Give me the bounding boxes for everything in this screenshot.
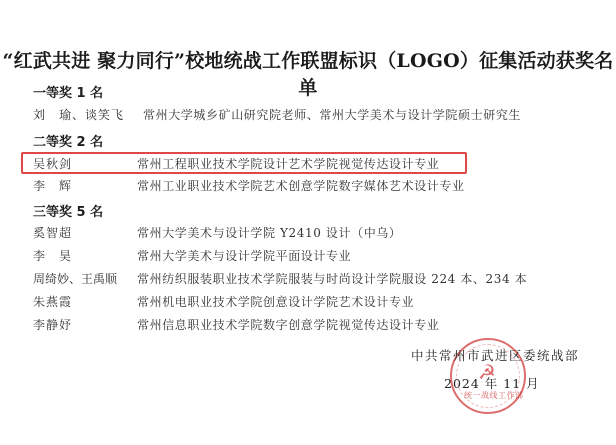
- winner-affiliation: 常州机电职业技术学院创意设计学院艺术设计专业: [137, 293, 414, 310]
- issue-date: 2024 年 11 月: [444, 374, 540, 392]
- winner-row: 吴秋剑常州工程职业技术学院设计艺术学院视觉传达设计专业: [33, 155, 439, 172]
- winner-affiliation: 常州大学美术与设计学院 Y2410 设计（中乌）: [137, 224, 402, 241]
- winner-name: 周绮妙、王禹顺: [33, 270, 137, 287]
- winner-row: 奚智超常州大学美术与设计学院 Y2410 设计（中乌）: [33, 224, 402, 241]
- winner-name: 李 昊: [33, 247, 137, 264]
- winner-row: 李 辉常州工业职业技术学院艺术创意学院数字媒体艺术设计专业: [33, 177, 465, 194]
- winner-name: 吴秋剑: [33, 155, 137, 172]
- winner-row: 朱燕霞常州机电职业技术学院创意设计学院艺术设计专业: [33, 293, 414, 310]
- winner-affiliation: 常州大学城乡矿山研究院老师、常州大学美术与设计学院硕士研究生: [143, 106, 521, 123]
- winner-affiliation: 常州信息职业技术学院数字创意学院视觉传达设计专业: [137, 316, 439, 333]
- winner-affiliation: 常州工业职业技术学院艺术创意学院数字媒体艺术设计专业: [137, 177, 465, 194]
- winner-name: 刘 瑜、谈笑飞: [33, 106, 143, 123]
- winner-row: 刘 瑜、谈笑飞常州大学城乡矿山研究院老师、常州大学美术与设计学院硕士研究生: [33, 106, 521, 123]
- section-heading-first-prize: 一等奖 1 名: [33, 82, 103, 101]
- winner-affiliation: 常州工程职业技术学院设计艺术学院视觉传达设计专业: [137, 155, 439, 172]
- section-heading-third-prize: 三等奖 5 名: [33, 201, 103, 220]
- section-heading-second-prize: 二等奖 2 名: [33, 131, 103, 150]
- winner-name: 朱燕霞: [33, 293, 137, 310]
- winner-name: 李 辉: [33, 177, 137, 194]
- winner-row: 李静妤常州信息职业技术学院数字创意学院视觉传达设计专业: [33, 316, 439, 333]
- winner-row: 周绮妙、王禹顺常州纺织服装职业技术学院服装与时尚设计学院服设 224 本、234…: [33, 270, 527, 287]
- winner-affiliation: 常州大学美术与设计学院平面设计专业: [137, 247, 351, 264]
- winner-name: 奚智超: [33, 224, 137, 241]
- winner-affiliation: 常州纺织服装职业技术学院服装与时尚设计学院服设 224 本、234 本: [137, 270, 527, 287]
- winner-row: 李 昊常州大学美术与设计学院平面设计专业: [33, 247, 351, 264]
- winner-name: 李静妤: [33, 316, 137, 333]
- issuer-signature: 中共常州市武进区委统战部: [411, 346, 579, 364]
